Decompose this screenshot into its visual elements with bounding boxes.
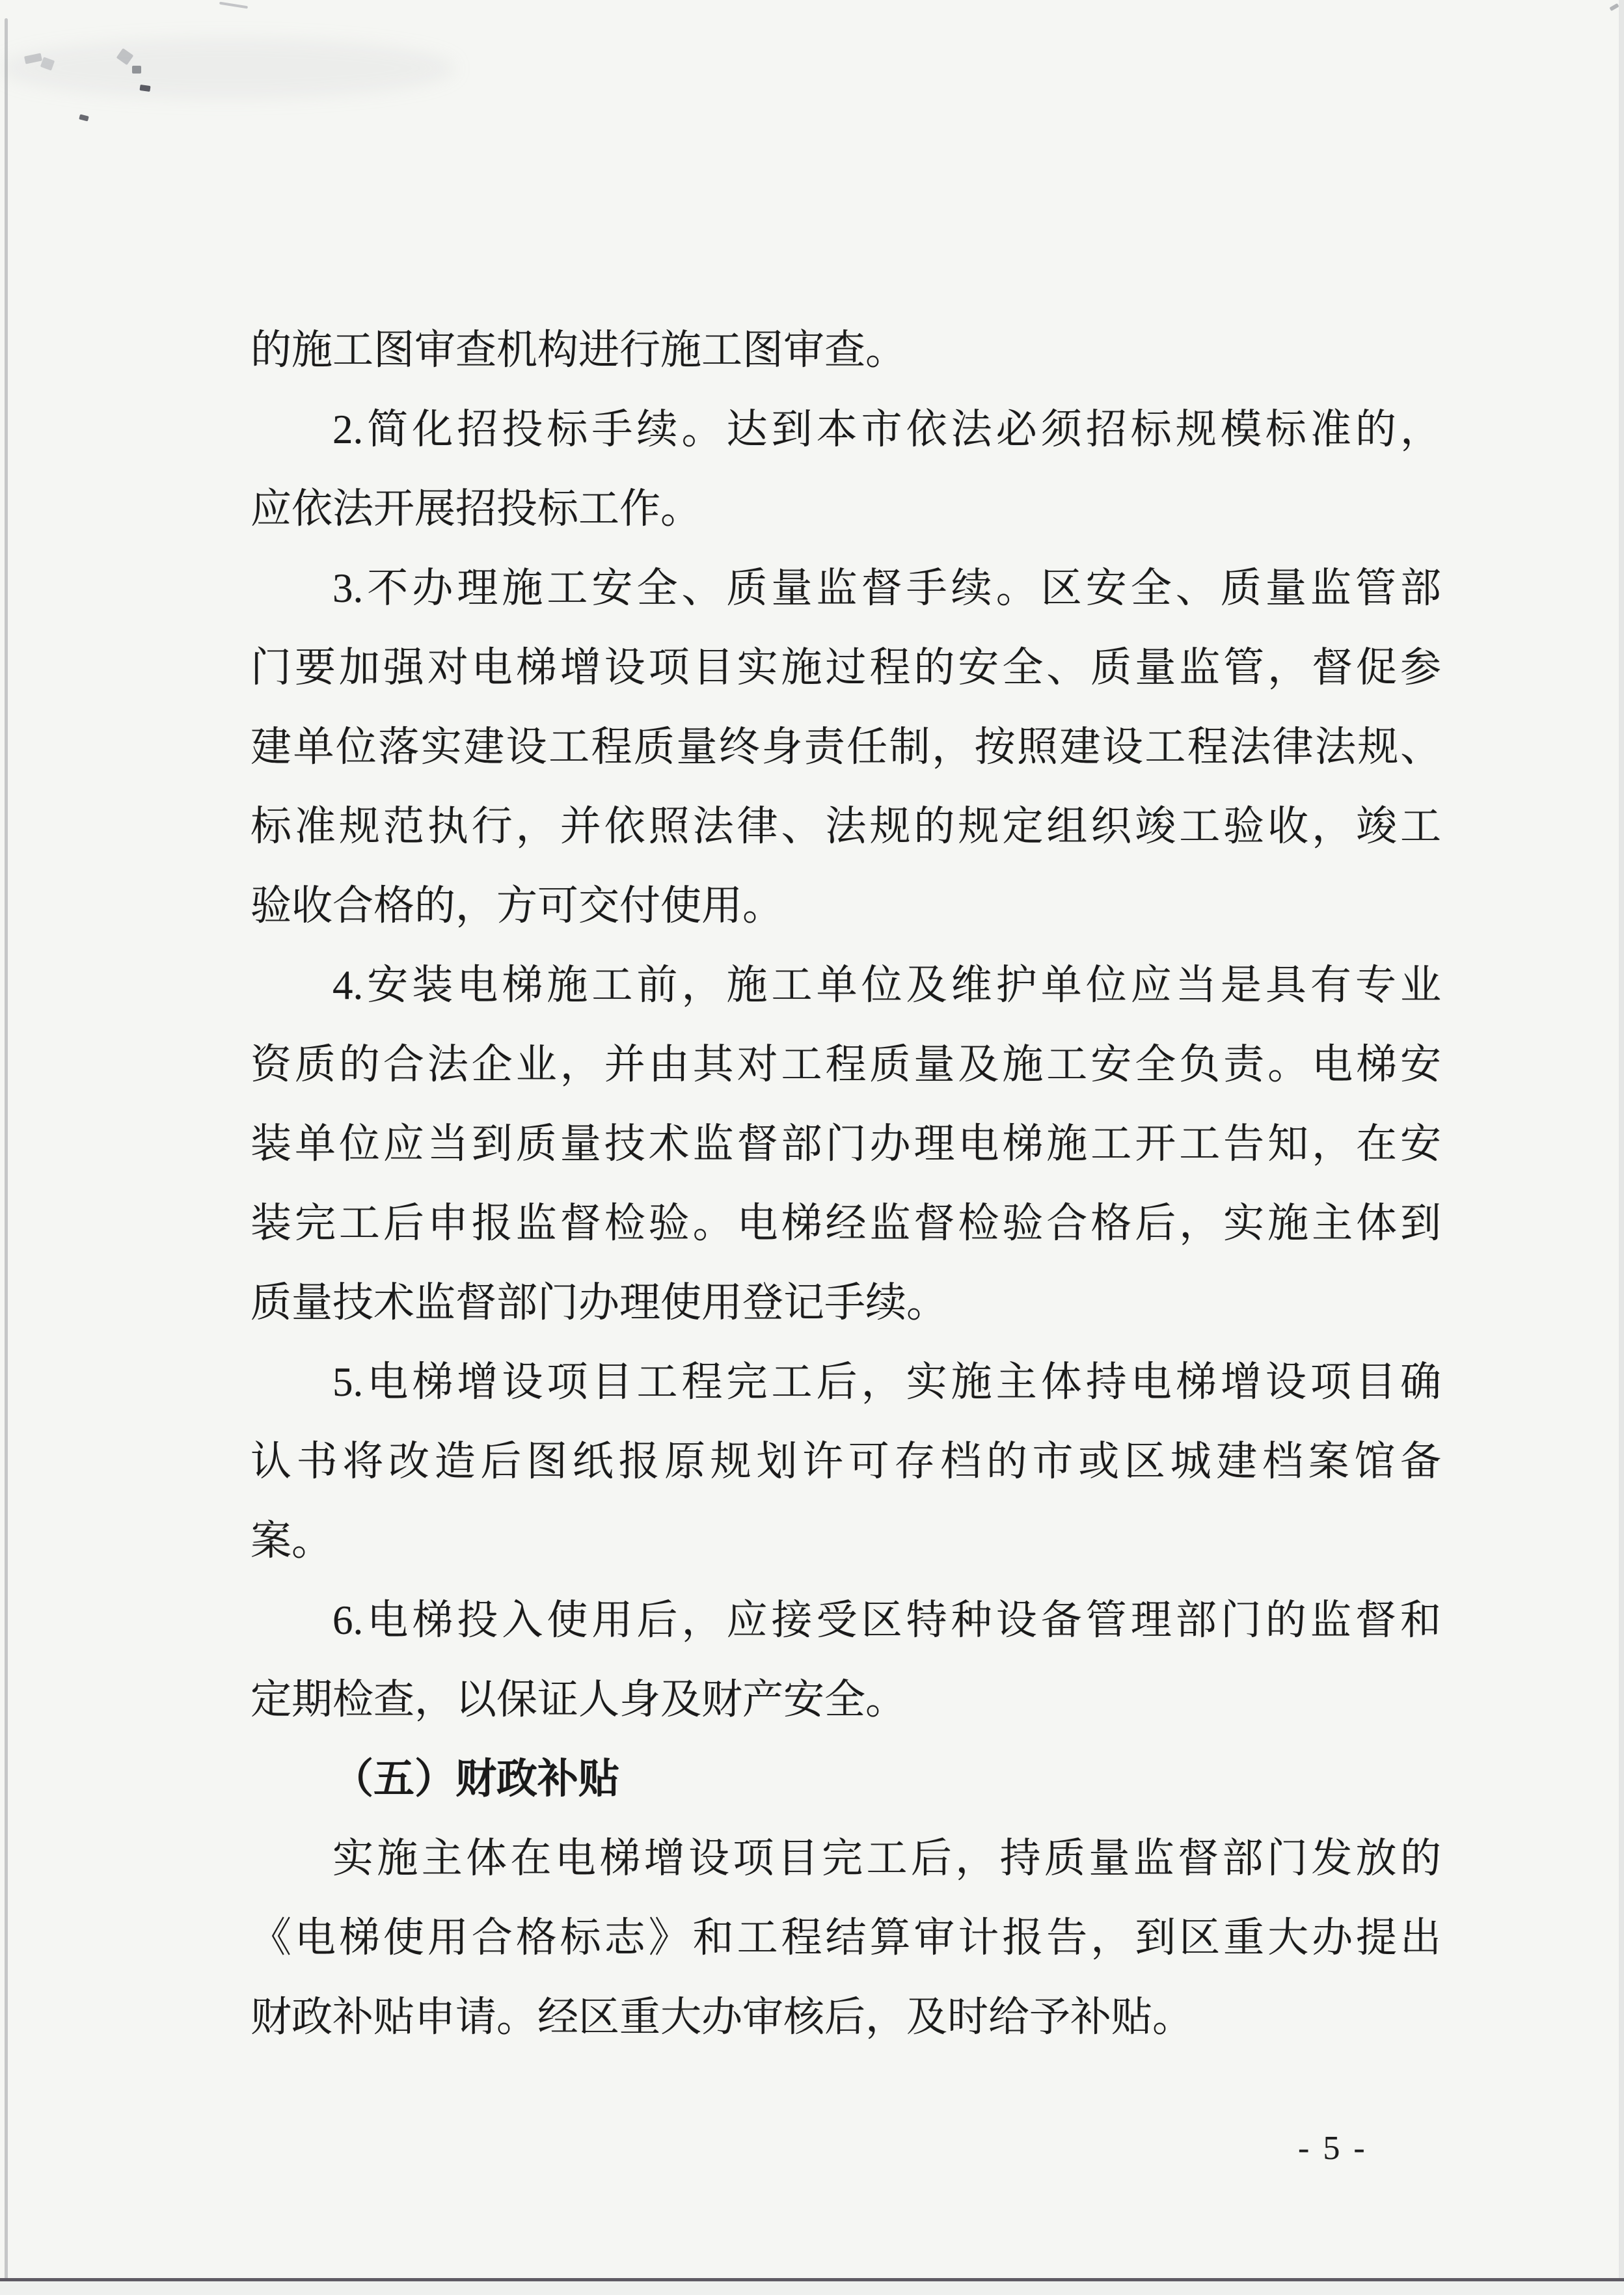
text-line: 4.安装电梯施工前，施工单位及维护单位应当是具有专业	[250, 945, 1441, 1025]
text-line: 标准规范执行，并依照法律、法规的规定组织竣工验收，竣工	[250, 787, 1441, 866]
paragraph-item-4: 4.安装电梯施工前，施工单位及维护单位应当是具有专业 资质的合法企业，并由其对工…	[250, 945, 1441, 1342]
text-line: 资质的合法企业，并由其对工程质量及施工安全负责。电梯安	[250, 1025, 1441, 1104]
text-line: 《电梯使用合格标志》和工程结算审计报告，到区重大办提出	[250, 1898, 1441, 1977]
text-line: 质量技术监督部门办理使用登记手续。	[250, 1263, 1441, 1342]
scan-line-artifact	[1609, 3, 1619, 11]
text-line: 门要加强对电梯增设项目实施过程的安全、质量监管，督促参	[250, 628, 1441, 707]
page-left-edge-shadow	[5, 18, 8, 2281]
text-line: 的施工图审查机构进行施工图审查。	[250, 310, 1441, 390]
scan-line-artifact	[219, 2, 248, 9]
scanner-shading-artifact	[0, 39, 455, 98]
text-line: 应依法开展招投标工作。	[250, 469, 1441, 549]
scan-background-strip	[0, 2281, 1624, 2295]
page-right-edge-shadow	[1619, 0, 1624, 2295]
text-line: 装单位应当到质量技术监督部门办理电梯施工开工告知，在安	[250, 1104, 1441, 1184]
paragraph-item-3: 3.不办理施工安全、质量监督手续。区安全、质量监管部 门要加强对电梯增设项目实施…	[250, 549, 1441, 945]
text-line: 验收合格的，方可交付使用。	[250, 866, 1441, 945]
text-line: 案。	[250, 1501, 1441, 1581]
paragraph-item-2: 2.简化招投标手续。达到本市依法必须招标规模标准的， 应依法开展招投标工作。	[250, 390, 1441, 549]
section-heading-subsidy: （五）财政补贴	[250, 1739, 1441, 1819]
text-line: 实施主体在电梯增设项目完工后，持质量监督部门发放的	[250, 1819, 1441, 1898]
paragraph-continuation: 的施工图审查机构进行施工图审查。	[250, 310, 1441, 390]
paragraph-item-6: 6.电梯投入使用后，应接受区特种设备管理部门的监督和 定期检查，以保证人身及财产…	[250, 1581, 1441, 1739]
text-line: 认书将改造后图纸报原规划许可存档的市或区城建档案馆备	[250, 1422, 1441, 1501]
ink-smudge-artifact	[132, 66, 141, 74]
ink-smudge-artifact	[79, 114, 89, 121]
text-line: 5.电梯增设项目工程完工后，实施主体持电梯增设项目确	[250, 1342, 1441, 1422]
scanned-document-page: 的施工图审查机构进行施工图审查。 2.简化招投标手续。达到本市依法必须招标规模标…	[0, 0, 1624, 2295]
text-line: 6.电梯投入使用后，应接受区特种设备管理部门的监督和	[250, 1581, 1441, 1660]
text-line: 2.简化招投标手续。达到本市依法必须招标规模标准的，	[250, 390, 1441, 469]
text-line: 装完工后申报监督检验。电梯经监督检验合格后，实施主体到	[250, 1184, 1441, 1263]
text-line: 财政补贴申请。经区重大办审核后，及时给予补贴。	[250, 1977, 1441, 2057]
paragraph-subsidy-detail: 实施主体在电梯增设项目完工后，持质量监督部门发放的 《电梯使用合格标志》和工程结…	[250, 1819, 1441, 2057]
paragraph-item-5: 5.电梯增设项目工程完工后，实施主体持电梯增设项目确 认书将改造后图纸报原规划许…	[250, 1342, 1441, 1581]
text-line: 定期检查，以保证人身及财产安全。	[250, 1660, 1441, 1739]
page-number: - 5 -	[1298, 2129, 1368, 2167]
text-line: 3.不办理施工安全、质量监督手续。区安全、质量监管部	[250, 549, 1441, 628]
text-line: 建单位落实建设工程质量终身责任制，按照建设工程法律法规、	[250, 707, 1441, 787]
document-body-text: 的施工图审查机构进行施工图审查。 2.简化招投标手续。达到本市依法必须招标规模标…	[250, 310, 1441, 2057]
heading-line: （五）财政补贴	[250, 1739, 1441, 1819]
